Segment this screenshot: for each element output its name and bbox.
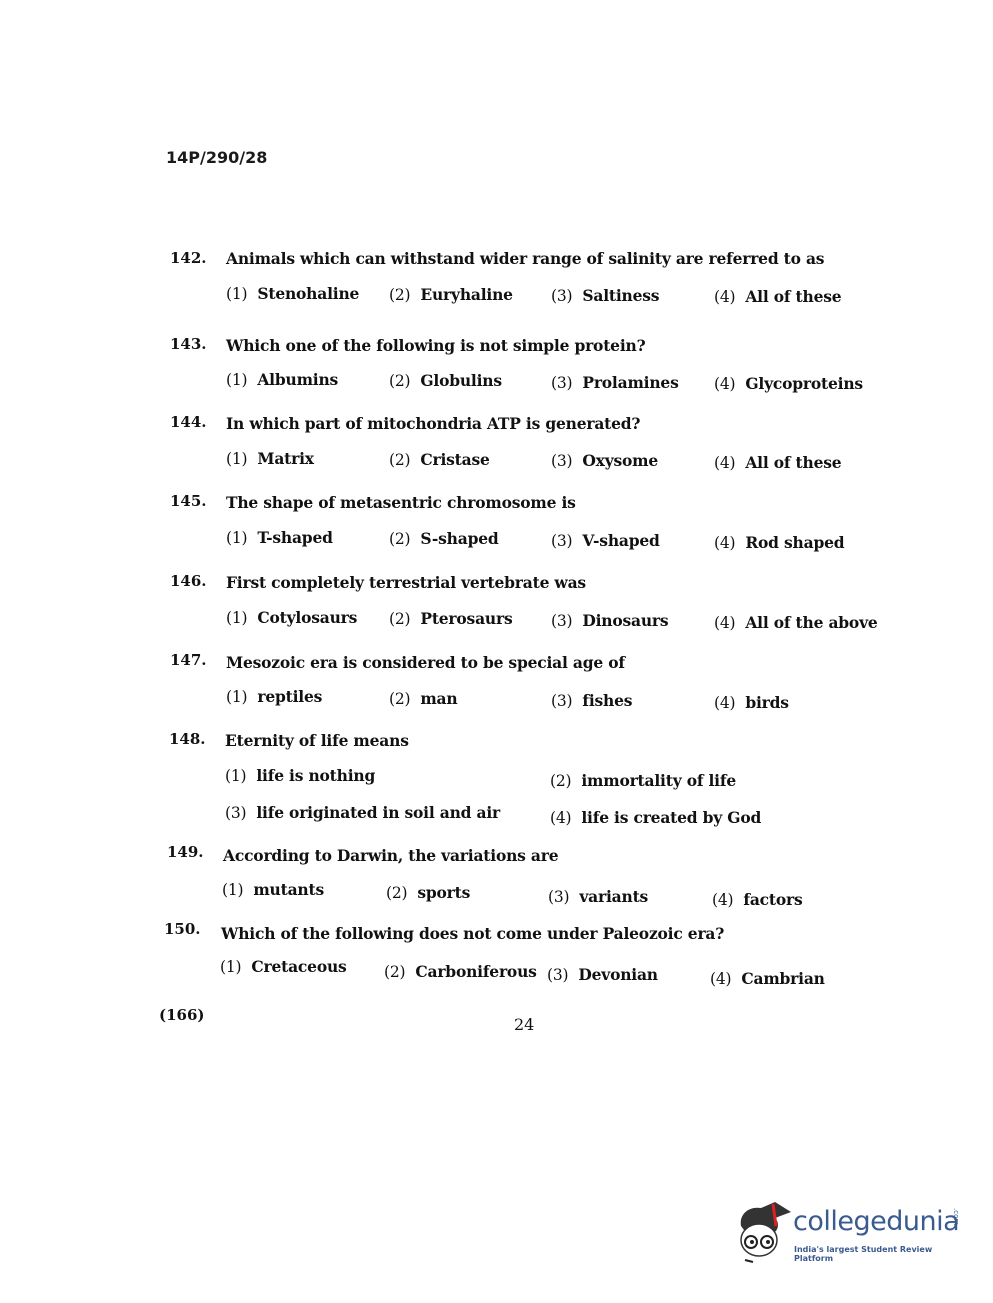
collegedunia-watermark: collegedunia .com India's largest Studen… bbox=[735, 1196, 965, 1266]
question-number: 148. bbox=[169, 730, 206, 748]
question-text: According to Darwin, the variations are bbox=[223, 846, 558, 865]
option-3: (3)life originated in soil and air bbox=[225, 803, 500, 822]
question-number: 146. bbox=[170, 572, 207, 590]
question-text: Animals which can withstand wider range … bbox=[226, 249, 824, 268]
option-3: (3)fishes bbox=[551, 691, 632, 710]
option-2: (2)Globulins bbox=[389, 371, 502, 390]
option-3: (3)V-shaped bbox=[551, 531, 660, 550]
page-number: 24 bbox=[514, 1015, 534, 1034]
option-4: (4)All of these bbox=[714, 453, 841, 472]
question-number: 145. bbox=[170, 492, 207, 510]
option-2: (2)S-shaped bbox=[389, 529, 499, 548]
option-1: (1)Albumins bbox=[226, 370, 338, 389]
question-text: Eternity of life means bbox=[225, 731, 409, 750]
question-number: 150. bbox=[164, 920, 201, 938]
option-3: (3)Prolamines bbox=[551, 373, 679, 392]
question-text: Which of the following does not come und… bbox=[221, 924, 724, 943]
option-3: (3)Oxysome bbox=[551, 451, 658, 470]
option-1: (1)Cretaceous bbox=[220, 957, 347, 976]
mascot-icon bbox=[735, 1196, 793, 1266]
option-2: (2)Pterosaurs bbox=[389, 609, 512, 628]
option-4: (4)All of the above bbox=[714, 613, 878, 632]
brand-tagline: India's largest Student Review Platform bbox=[794, 1245, 965, 1263]
option-4: (4)Rod shaped bbox=[714, 533, 844, 552]
brand-com: .com bbox=[952, 1208, 960, 1225]
option-3: (3)Saltiness bbox=[551, 286, 659, 305]
option-4: (4)All of these bbox=[714, 287, 841, 306]
question-text: Mesozoic era is considered to be special… bbox=[226, 653, 625, 672]
option-1: (1)mutants bbox=[222, 880, 324, 899]
option-4: (4)factors bbox=[712, 890, 803, 909]
question-text: Which one of the following is not simple… bbox=[226, 336, 645, 355]
option-4: (4)Cambrian bbox=[710, 969, 825, 988]
option-2: (2)Euryhaline bbox=[389, 285, 513, 304]
option-4: (4)birds bbox=[714, 693, 789, 712]
option-2: (2)man bbox=[389, 689, 457, 708]
question-number: 142. bbox=[170, 249, 207, 267]
booklet-code: (166) bbox=[159, 1006, 205, 1024]
option-4: (4)Glycoproteins bbox=[714, 374, 863, 393]
option-1: (1)Matrix bbox=[226, 449, 314, 468]
question-text: The shape of metasentric chromosome is bbox=[226, 493, 576, 512]
option-2: (2)sports bbox=[386, 883, 470, 902]
option-1: (1)life is nothing bbox=[225, 766, 375, 785]
question-number: 143. bbox=[170, 335, 207, 353]
option-1: (1)reptiles bbox=[226, 687, 322, 706]
option-3: (3)variants bbox=[548, 887, 648, 906]
question-text: First completely terrestrial vertebrate … bbox=[226, 573, 586, 592]
question-text: In which part of mitochondria ATP is gen… bbox=[226, 414, 640, 433]
option-2: (2)Cristase bbox=[389, 450, 490, 469]
option-2: (2)Carboniferous bbox=[384, 962, 537, 981]
question-number: 147. bbox=[170, 651, 207, 669]
option-2: (2)immortality of life bbox=[550, 771, 736, 790]
option-4: (4)life is created by God bbox=[550, 808, 761, 827]
option-1: (1)T-shaped bbox=[226, 528, 333, 547]
option-3: (3)Dinosaurs bbox=[551, 611, 668, 630]
brand-name: collegedunia bbox=[793, 1206, 959, 1237]
option-1: (1)Stenohaline bbox=[226, 284, 359, 303]
question-number: 144. bbox=[170, 413, 207, 431]
option-3: (3)Devonian bbox=[547, 965, 658, 984]
option-1: (1)Cotylosaurs bbox=[226, 608, 357, 627]
question-number: 149. bbox=[167, 843, 204, 861]
paper-code: 14P/290/28 bbox=[166, 148, 267, 167]
